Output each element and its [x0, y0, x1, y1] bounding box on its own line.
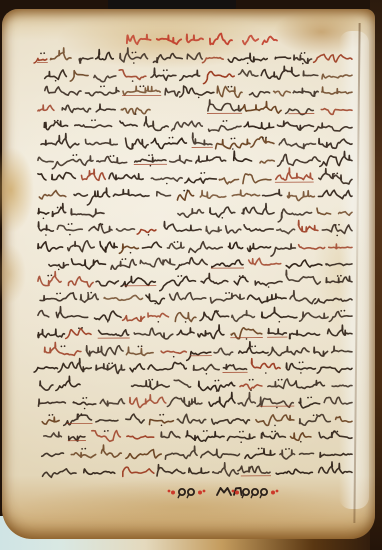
- seyame-dots: [59, 292, 61, 294]
- diacritic-dot: [198, 97, 200, 99]
- text-line: [212, 419, 250, 425]
- text-line: [123, 316, 145, 321]
- seyame-dots: [169, 137, 171, 139]
- text-line: [177, 328, 194, 335]
- text-line: [241, 102, 281, 114]
- text-line: [268, 379, 292, 388]
- text-line: [278, 209, 311, 222]
- text-line: [142, 242, 161, 248]
- diacritic-dot: [276, 407, 278, 409]
- text-line: [99, 330, 129, 336]
- seyame-dots: [340, 275, 342, 277]
- text-line: [268, 329, 286, 335]
- ornament-roundel-tail: [251, 494, 253, 497]
- seyame-dots: [91, 120, 93, 122]
- seyame-dots: [48, 414, 50, 416]
- text-line: [200, 191, 226, 199]
- text-line: [317, 208, 331, 214]
- text-line: [42, 453, 64, 457]
- seyame-dots: [288, 448, 290, 450]
- text-line: [52, 173, 76, 180]
- text-line: [68, 277, 93, 287]
- seyame-dots: [344, 310, 346, 312]
- diacritic-dot: [43, 218, 45, 220]
- seyame-dots: [71, 223, 73, 225]
- text-line: [52, 156, 93, 169]
- seyame-dots: [274, 430, 276, 432]
- seyame-dots: [54, 120, 56, 122]
- text-line: [249, 258, 281, 265]
- text-line: [41, 134, 79, 148]
- text-line: [167, 397, 202, 406]
- text-line: [150, 420, 174, 425]
- diacritic-dot: [133, 62, 135, 64]
- text-line: [217, 86, 242, 97]
- text-line: [261, 66, 299, 79]
- text-line: [275, 57, 290, 59]
- text-line: [194, 364, 220, 370]
- text-line: [120, 48, 148, 62]
- text-line: [203, 57, 224, 62]
- text-line: [286, 363, 315, 370]
- diacritic-dot: [250, 390, 252, 392]
- text-line: [209, 392, 235, 407]
- text-line: [97, 157, 127, 164]
- diacritic-dot: [107, 321, 109, 323]
- seyame-dots: [242, 431, 244, 433]
- seyame-dots: [51, 274, 53, 276]
- ornament-roundel-tail: [187, 494, 189, 497]
- ornament-red-dot: [232, 490, 235, 493]
- seyame-dots: [252, 379, 254, 381]
- seyame-dots: [111, 362, 113, 364]
- seyame-dots: [76, 154, 78, 156]
- text-line: [239, 70, 258, 76]
- text-line: [146, 294, 165, 304]
- text-line: [336, 417, 352, 422]
- text-line: [94, 75, 116, 81]
- text-line: [119, 244, 138, 253]
- text-line: [328, 325, 352, 336]
- text-line: [121, 276, 155, 286]
- text-line: [45, 342, 81, 355]
- diacritic-dot: [132, 80, 134, 82]
- rubric-line: [262, 37, 277, 45]
- text-line: [87, 188, 109, 205]
- text-line: [170, 293, 206, 300]
- seyame-dots: [172, 137, 174, 139]
- seyame-dots: [310, 396, 312, 398]
- seyame-dots: [258, 448, 260, 450]
- text-line: [238, 466, 270, 473]
- text-line: [329, 244, 352, 249]
- seyame-dots: [108, 363, 110, 365]
- text-line: [74, 194, 87, 197]
- text-line: [119, 70, 146, 80]
- text-line: [189, 468, 209, 474]
- text-line: [86, 88, 120, 96]
- text-line: [43, 469, 77, 478]
- seyame-dots: [78, 327, 80, 329]
- seyame-dots: [302, 361, 304, 363]
- text-line: [321, 109, 352, 115]
- text-line: [278, 154, 321, 166]
- text-line: [242, 204, 274, 215]
- text-line: [185, 178, 217, 183]
- ornament-red-dot: [171, 491, 175, 495]
- text-line: [39, 191, 66, 199]
- text-line: [287, 191, 314, 201]
- text-line: [252, 359, 281, 369]
- seyame-dots: [231, 138, 233, 140]
- diacritic-dot: [154, 303, 156, 305]
- seyame-dots: [81, 413, 83, 415]
- seyame-dots: [135, 51, 137, 53]
- seyame-dots: [104, 430, 106, 432]
- text-line: [204, 72, 235, 84]
- text-line: [144, 117, 168, 131]
- text-line: [117, 229, 135, 231]
- diacritic-dot: [173, 356, 175, 358]
- text-line: [299, 398, 320, 408]
- seyame-dots: [336, 173, 338, 175]
- text-line: [92, 431, 121, 442]
- text-line: [73, 402, 96, 405]
- seyame-dots: [200, 172, 202, 174]
- text-line: [200, 311, 229, 321]
- text-line: [68, 241, 95, 252]
- seyame-dots: [90, 292, 92, 294]
- text-line: [70, 71, 88, 81]
- manuscript-photo: [0, 0, 382, 550]
- text-line: [303, 71, 318, 76]
- text-line: [165, 88, 180, 96]
- text-line: [178, 209, 204, 217]
- seyame-dots: [251, 346, 253, 348]
- text-line: [148, 313, 169, 317]
- text-line: [214, 348, 233, 355]
- seyame-dots: [47, 275, 49, 277]
- text-line: [209, 126, 241, 132]
- text-line: [95, 311, 122, 320]
- rubric-line: [127, 35, 151, 45]
- text-line: [239, 342, 268, 353]
- text-line: [332, 346, 352, 352]
- text-line: [177, 191, 193, 201]
- seyame-dots: [103, 85, 105, 87]
- text-line: [140, 258, 175, 266]
- diacritic-dot: [150, 165, 152, 167]
- text-line: [186, 431, 224, 441]
- text-line: [86, 139, 118, 145]
- rubric-line: [210, 34, 232, 45]
- text-line: [111, 259, 136, 269]
- diacritic-dot: [55, 80, 57, 82]
- text-line: [326, 276, 352, 282]
- text-line: [286, 260, 322, 268]
- seyame-dots: [239, 431, 241, 433]
- seyame-dots: [125, 258, 127, 260]
- text-line: [89, 224, 112, 233]
- text-line: [39, 399, 66, 406]
- text-line: [213, 463, 239, 476]
- seyame-dots: [151, 379, 153, 381]
- text-line: [38, 209, 49, 215]
- diacritic-dot: [268, 286, 270, 288]
- text-line: [96, 364, 125, 374]
- text-line: [314, 347, 328, 356]
- seyame-dots: [226, 120, 228, 122]
- text-line: [278, 121, 314, 130]
- text-line: [121, 108, 150, 114]
- seyame-dots: [234, 137, 236, 139]
- seyame-dots: [81, 327, 83, 329]
- text-line: [268, 347, 309, 356]
- text-line: [243, 174, 271, 184]
- seyame-dots: [304, 52, 306, 54]
- text-line: [113, 190, 149, 197]
- diacritic-dot: [135, 113, 137, 115]
- text-line: [294, 55, 312, 63]
- rubric-line: [243, 36, 258, 45]
- text-line: [280, 450, 295, 459]
- text-line: [196, 156, 226, 163]
- text-line: [126, 414, 144, 423]
- seyame-dots: [98, 224, 100, 226]
- text-line: [58, 359, 91, 373]
- text-line: [96, 281, 118, 286]
- text-line: [151, 178, 182, 182]
- text-line: [212, 260, 243, 268]
- seyame-dots: [271, 431, 273, 433]
- text-line: [148, 362, 186, 370]
- text-line: [318, 190, 352, 199]
- text-line: [244, 225, 273, 231]
- seyame-dots: [141, 345, 143, 347]
- diacritic-dot: [216, 390, 218, 392]
- text-line: [157, 192, 171, 196]
- seyame-dots: [231, 86, 233, 88]
- seyame-dots: [214, 311, 216, 313]
- seyame-dots: [102, 224, 104, 226]
- diacritic-dot: [302, 63, 304, 65]
- text-line: [84, 469, 115, 474]
- text-line: [161, 432, 180, 438]
- diacritic-dot: [247, 63, 249, 65]
- ornament-red-dot: [203, 490, 206, 493]
- text-line: [279, 139, 315, 149]
- seyame-dots: [281, 379, 283, 381]
- seyame-dots: [87, 292, 89, 294]
- seyame-dots: [338, 224, 340, 226]
- text-line: [45, 86, 81, 95]
- text-line: [175, 313, 196, 322]
- seyame-dots: [239, 275, 241, 277]
- seyame-dots: [181, 275, 183, 277]
- seyame-dots: [40, 53, 42, 55]
- seyame-dots: [183, 190, 185, 192]
- seyame-dots: [151, 154, 153, 156]
- text-line: [210, 207, 235, 217]
- text-line: [38, 242, 63, 251]
- text-line: [271, 244, 295, 256]
- seyame-dots: [337, 275, 339, 277]
- text-line: [62, 105, 90, 112]
- text-line: [100, 242, 117, 252]
- text-line: [299, 245, 325, 249]
- text-line: [42, 417, 59, 424]
- text-line: [277, 229, 295, 234]
- seyame-dots: [301, 52, 303, 54]
- seyame-dots: [177, 275, 179, 277]
- seyame-dots: [148, 154, 150, 156]
- diacritic-dot: [69, 234, 71, 236]
- seyame-dots: [52, 414, 54, 416]
- seyame-dots: [206, 430, 208, 432]
- text-line: [71, 209, 104, 217]
- text-line: [80, 294, 98, 302]
- seyame-dots: [68, 223, 70, 225]
- diacritic-dot: [279, 321, 281, 323]
- seyame-dots: [187, 189, 189, 191]
- text-line: [180, 86, 214, 97]
- seyame-dots: [316, 414, 318, 416]
- text-line: [240, 384, 262, 390]
- text-line: [226, 226, 241, 233]
- text-line: [96, 50, 114, 60]
- text-line: [167, 242, 184, 248]
- text-line: [199, 381, 235, 391]
- text-line: [176, 258, 207, 270]
- diacritic-dot: [246, 338, 248, 340]
- seyame-dots: [335, 224, 337, 226]
- text-line: [317, 367, 352, 373]
- text-line: [164, 222, 201, 232]
- text-line: [223, 365, 246, 370]
- text-line: [56, 307, 87, 318]
- seyame-dots: [143, 85, 145, 87]
- text-line: [132, 381, 170, 389]
- text-line: [314, 54, 352, 62]
- diacritic-dot: [158, 321, 160, 323]
- seyame-dots: [113, 155, 115, 157]
- text-line: [263, 190, 282, 197]
- text-line: [79, 58, 93, 63]
- seyame-dots: [100, 86, 102, 88]
- text-line: [165, 446, 197, 459]
- diacritic-dot: [274, 425, 276, 427]
- seyame-dots: [261, 447, 263, 449]
- seyame-dots: [228, 292, 230, 294]
- text-line: [290, 330, 320, 338]
- diacritic-dot: [58, 269, 60, 271]
- text-line: [244, 122, 274, 129]
- text-line: [130, 364, 145, 372]
- seyame-dots: [61, 346, 63, 348]
- text-line: [198, 325, 224, 339]
- text-line: [49, 263, 69, 268]
- seyame-dots: [81, 448, 83, 450]
- text-line: [245, 449, 275, 459]
- seyame-dots: [340, 310, 342, 312]
- seyame-dots: [285, 448, 287, 450]
- text-line: [187, 53, 202, 60]
- seyame-dots: [64, 345, 66, 347]
- text-line: [127, 436, 154, 439]
- text-line: [72, 259, 106, 269]
- diacritic-dot: [148, 234, 150, 236]
- text-line: [130, 395, 166, 408]
- text-line: [286, 270, 320, 284]
- seyame-dots: [107, 430, 109, 432]
- seyame-dots: [166, 69, 168, 71]
- text-line: [292, 381, 324, 389]
- seyame-dots: [138, 346, 140, 348]
- diacritic-dot: [206, 373, 208, 375]
- text-line: [123, 86, 160, 95]
- text-line: [322, 87, 352, 94]
- seyame-dots: [121, 258, 123, 260]
- seyame-dots: [162, 414, 164, 416]
- diacritic-dot: [300, 372, 302, 374]
- text-line: [232, 190, 259, 196]
- seyame-dots: [82, 397, 84, 399]
- diacritic-dot: [185, 321, 187, 323]
- seyame-dots: [139, 86, 141, 88]
- text-line: [151, 138, 186, 148]
- text-line: [172, 121, 203, 131]
- text-line: [45, 70, 67, 80]
- text-line: [206, 226, 221, 233]
- text-line: [322, 74, 352, 79]
- seyame-dots: [94, 119, 96, 121]
- text-line: [319, 139, 352, 149]
- diacritic-dot: [240, 441, 242, 443]
- diacritic-dot: [130, 252, 132, 254]
- text-line: [135, 157, 166, 162]
- text-line: [293, 88, 318, 96]
- seyame-dots: [132, 52, 134, 54]
- text-line: [250, 92, 270, 97]
- seyame-dots: [60, 206, 62, 208]
- text-line: [319, 431, 352, 438]
- text-line: [38, 329, 65, 337]
- seyame-dots: [72, 154, 74, 156]
- seyame-dots: [214, 380, 216, 382]
- text-line: [276, 469, 312, 474]
- text-line: [157, 465, 185, 476]
- text-line: [248, 294, 287, 303]
- text-line: [104, 295, 142, 300]
- seyame-dots: [203, 430, 205, 432]
- text-line: [38, 311, 49, 317]
- text-line: [315, 123, 353, 131]
- text-line: [44, 121, 67, 130]
- text-line: [290, 291, 316, 304]
- text-line: [52, 204, 65, 217]
- seyame-dots: [227, 86, 229, 88]
- text-line: [232, 311, 255, 322]
- seyame-dots: [204, 172, 206, 174]
- text-line: [208, 100, 241, 111]
- seyame-dots: [249, 379, 251, 381]
- ornament-red-dot: [198, 491, 202, 495]
- ornament-red-dot: [276, 490, 279, 493]
- rubric-line: [187, 34, 203, 42]
- text-line: [161, 351, 186, 353]
- text-line: [170, 156, 192, 164]
- text-line: [319, 462, 352, 474]
